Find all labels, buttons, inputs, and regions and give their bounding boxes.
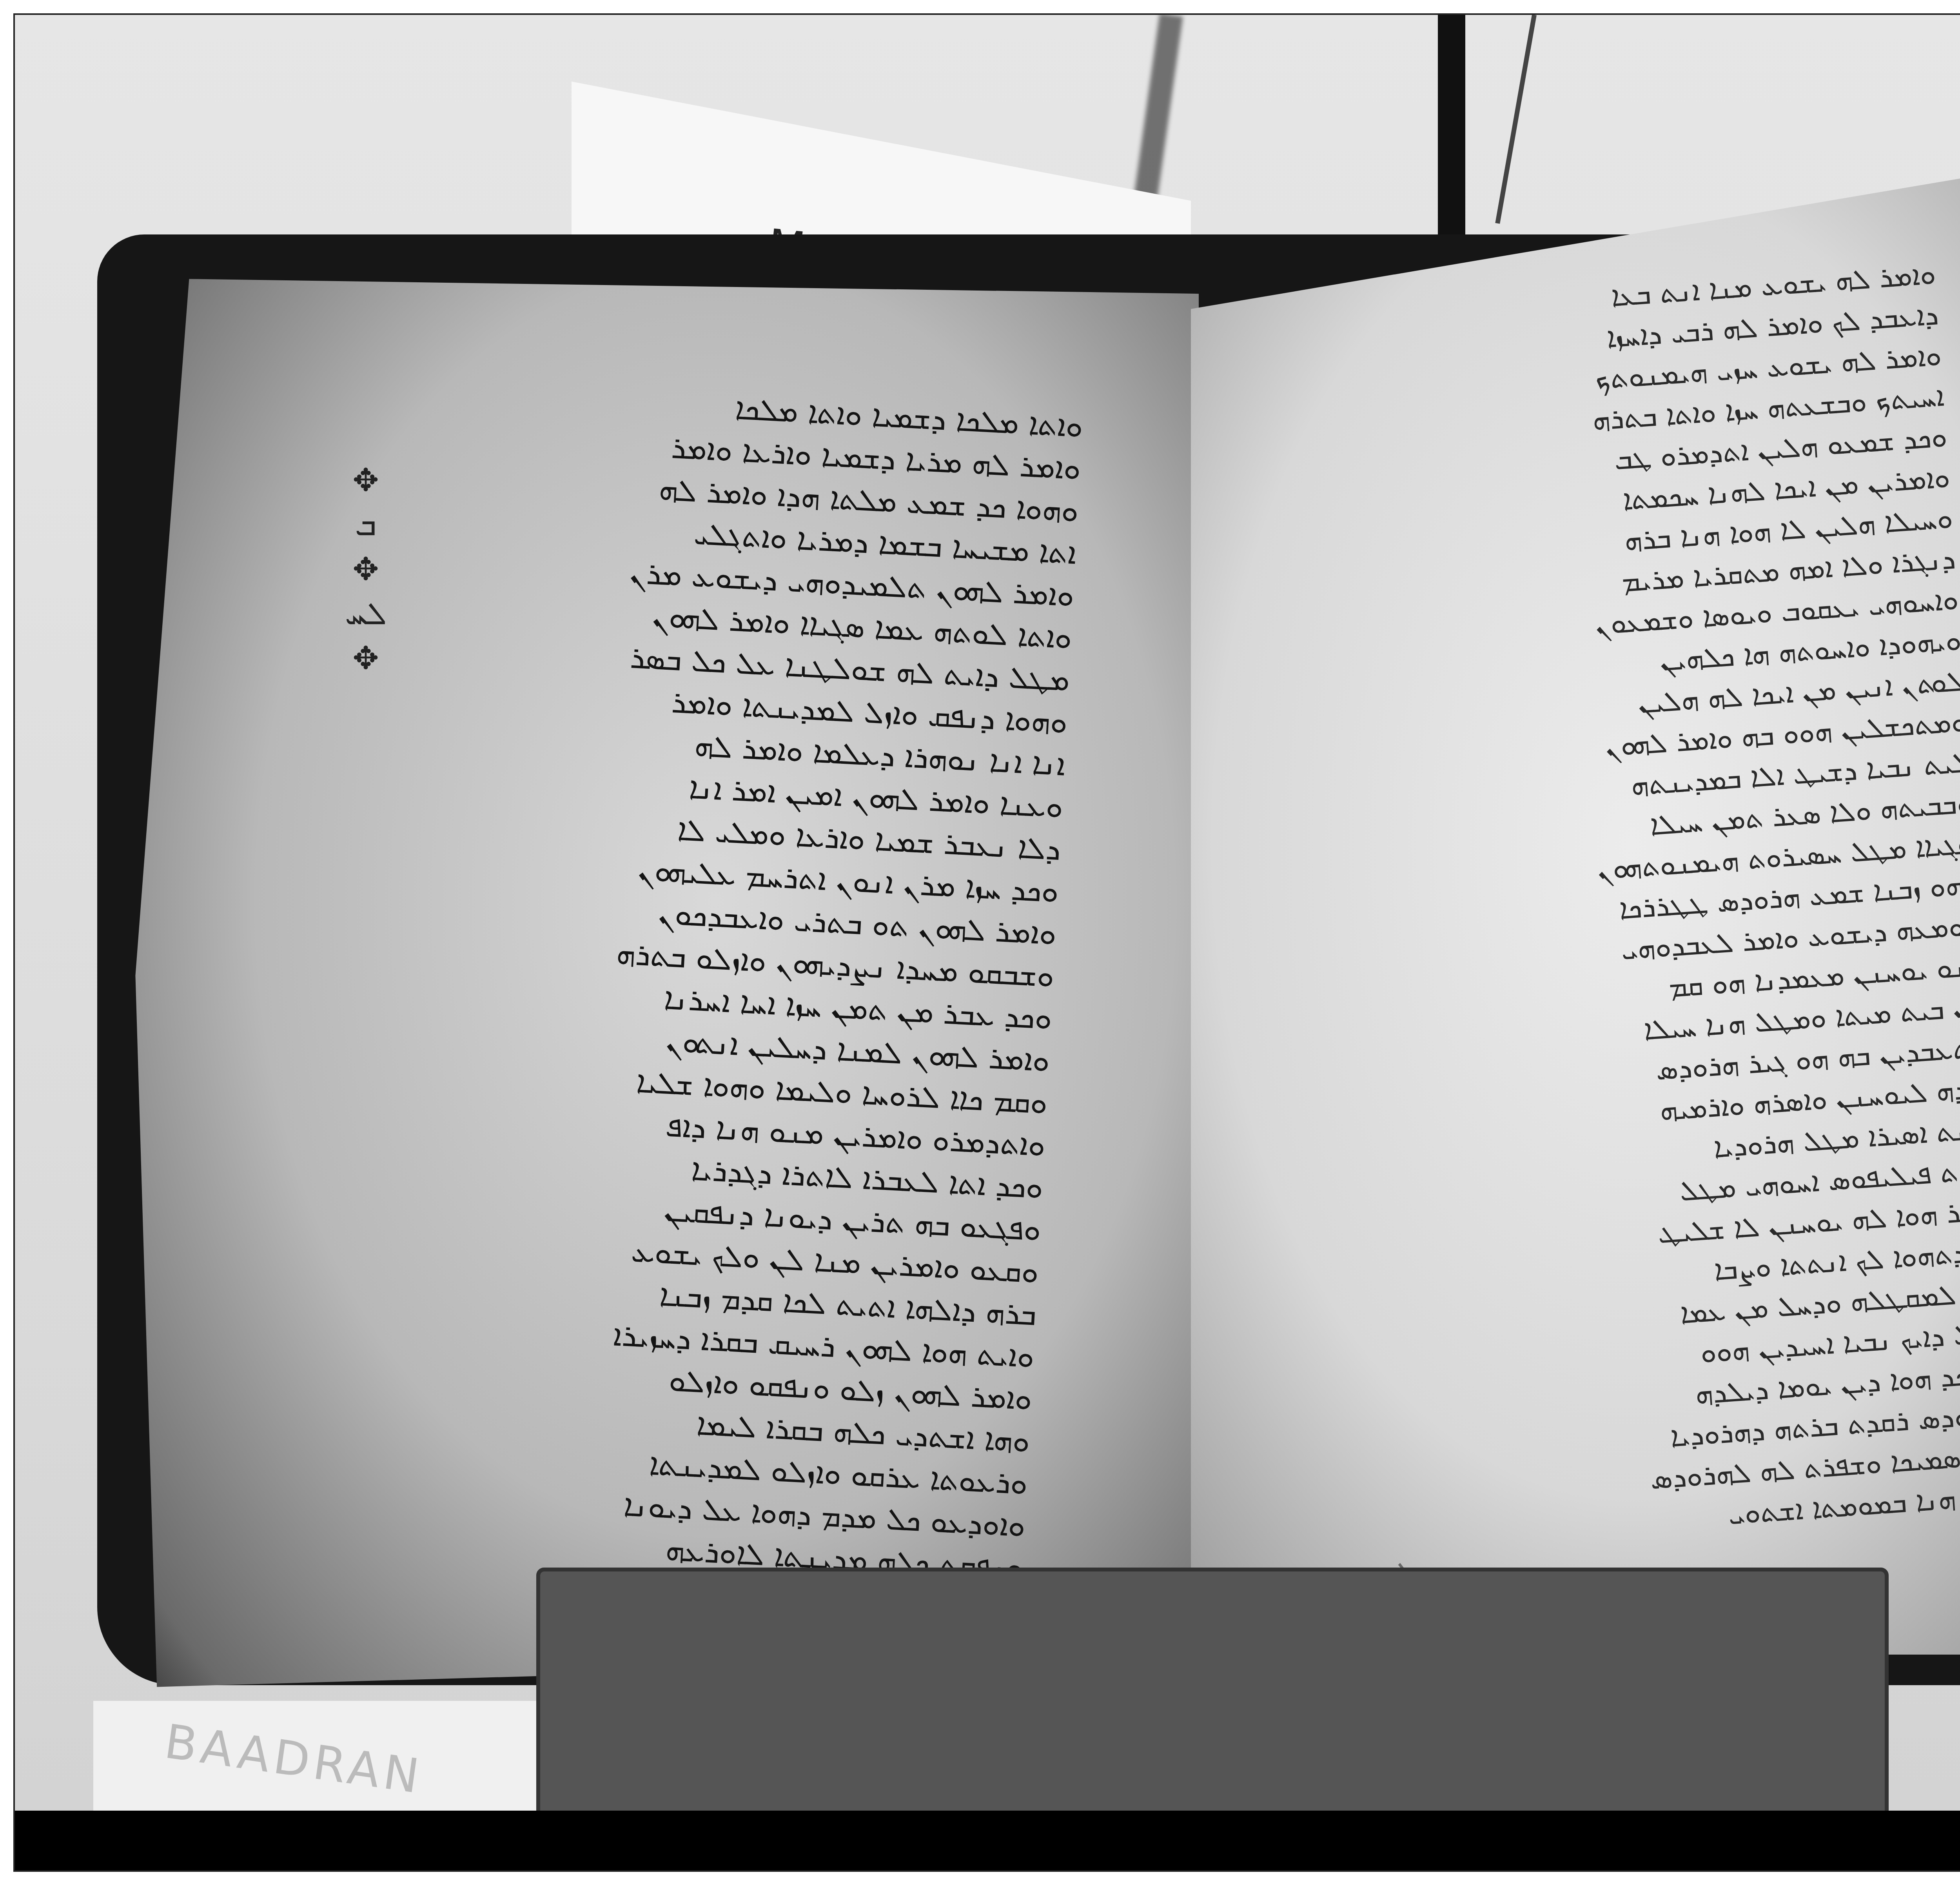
photograph: MosAl 15 ✥ ܒ ✥ ܠܚ ✥ ܘܐܬܐ ܡܠܟܐ ܕܫܡܝܐ ܘܐܬܐ… — [13, 13, 1960, 1872]
left-page-text: ܘܐܬܐ ܡܠܟܐ ܕܫܡܝܐ ܘܐܬܐ ܡܠܟܐܘܐܡܪ ܠܗ ܡܪܝܐ ܕܫ… — [293, 368, 1084, 1674]
dark-base — [15, 1811, 1960, 1872]
stand-wire — [1495, 15, 1537, 224]
bottom-tag-card: BAADRAN — [93, 1701, 544, 1818]
right-page-text: ܘܐܡܪ ܠܗ ܝܫܘܥ ܡܢܐ ܐܢܬ ܒܥܐܕܐܥܒܕ ܠܟ ܘܐܡܪ ܠܗ… — [1308, 253, 1960, 1558]
bottom-tag-text: BAADRAN — [162, 1715, 426, 1805]
marginal-note — [1912, 799, 1936, 1034]
stand-rod — [1438, 15, 1465, 234]
